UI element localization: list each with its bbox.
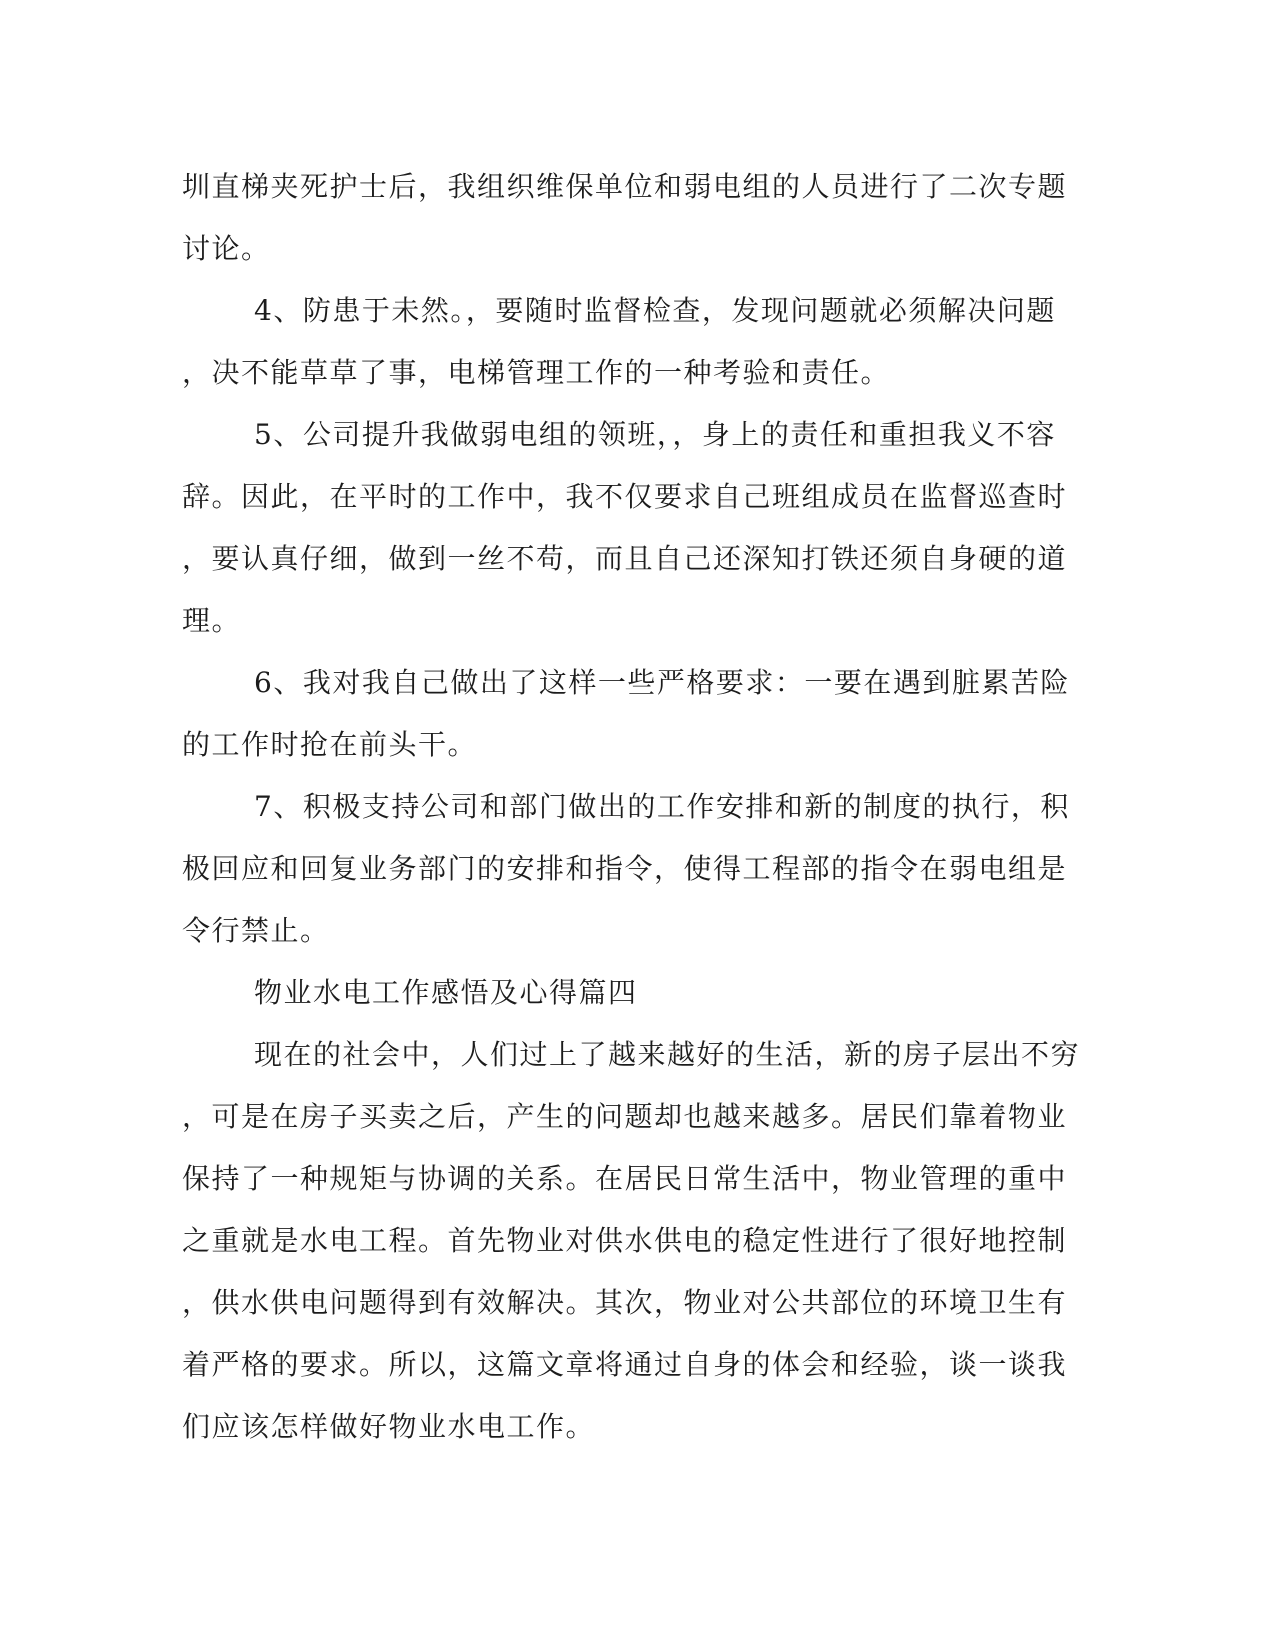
- text-line: ，要认真仔细，做到一丝不苟，而且自己还深知打铁还须自身硬的道: [182, 528, 1072, 590]
- text-line: 之重就是水电工程。首先物业对供水供电的稳定性进行了很好地控制: [182, 1210, 1072, 1272]
- text-line: ，决不能草草了事，电梯管理工作的一种考验和责任。: [182, 342, 1072, 404]
- text-line: 极回应和回复业务部门的安排和指令，使得工程部的指令在弱电组是: [182, 838, 1072, 900]
- text-line: 7、积极支持公司和部门做出的工作安排和新的制度的执行，积: [182, 776, 1072, 838]
- text-line: ，供水供电问题得到有效解决。其次，物业对公共部位的环境卫生有: [182, 1272, 1072, 1334]
- text-line: 圳直梯夹死护士后，我组织维保单位和弱电组的人员进行了二次专题: [182, 156, 1072, 218]
- text-line: 讨论。: [182, 218, 1072, 280]
- text-line: 6、我对我自己做出了这样一些严格要求：一要在遇到脏累苦险: [182, 652, 1072, 714]
- text-line: 们应该怎样做好物业水电工作。: [182, 1396, 1072, 1458]
- text-line: 令行禁止。: [182, 900, 1072, 962]
- text-line: ，可是在房子买卖之后，产生的问题却也越来越多。居民们靠着物业: [182, 1086, 1072, 1148]
- document-text-block: 圳直梯夹死护士后，我组织维保单位和弱电组的人员进行了二次专题讨论。4、防患于未然…: [182, 156, 1072, 1458]
- text-line: 着严格的要求。所以，这篇文章将通过自身的体会和经验，谈一谈我: [182, 1334, 1072, 1396]
- text-line: 现在的社会中，人们过上了越来越好的生活，新的房子层出不穷: [182, 1024, 1072, 1086]
- text-line: 的工作时抢在前头干。: [182, 714, 1072, 776]
- text-line: 辞。因此，在平时的工作中，我不仅要求自己班组成员在监督巡查时: [182, 466, 1072, 528]
- text-line: 保持了一种规矩与协调的关系。在居民日常生活中，物业管理的重中: [182, 1148, 1072, 1210]
- text-line: 5、公司提升我做弱电组的领班，，身上的责任和重担我义不容: [182, 404, 1072, 466]
- document-page: 圳直梯夹死护士后，我组织维保单位和弱电组的人员进行了二次专题讨论。4、防患于未然…: [0, 0, 1275, 1650]
- text-line: 4、防患于未然。，要随时监督检查，发现问题就必须解决问题: [182, 280, 1072, 342]
- text-line: 物业水电工作感悟及心得篇四: [182, 962, 1072, 1024]
- text-line: 理。: [182, 590, 1072, 652]
